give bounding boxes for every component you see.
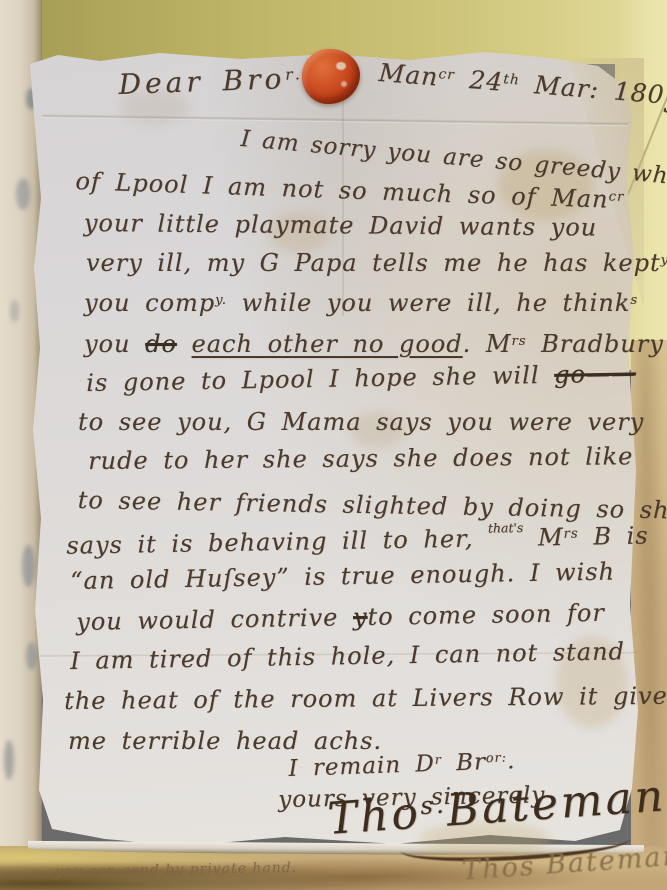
ink-smudge	[16, 178, 30, 210]
letter-text-segment: . M	[463, 330, 512, 358]
letter-text-segment: s.	[419, 790, 447, 820]
letter-text-segment: Bradbury	[527, 330, 664, 358]
letter-text-segment: Br	[441, 749, 486, 777]
letter-line: rude to her she says she does not like	[88, 442, 633, 475]
letter-line: your little playmate David wants you	[84, 209, 598, 241]
letter-text-segment: your little playmate David wants you	[84, 209, 598, 241]
wax-seal-fleck	[341, 81, 347, 87]
letter-text-segment: I remain D	[288, 751, 435, 782]
letter-text-segment: or:	[486, 749, 507, 765]
ink-smudge	[4, 740, 14, 780]
letter-text-segment: y	[353, 603, 368, 631]
letter-text-segment: rude to her she says she does not like	[88, 442, 633, 475]
letter-photograph: Dear Bror. Mancr 24th Mar: 1803 I am sor…	[0, 0, 667, 890]
letter-text-segment: each other no good	[192, 330, 463, 358]
letter-text-segment: while you were ill, he think	[227, 289, 630, 317]
letter-text-segment: th	[503, 71, 521, 88]
letter-line: you do each other no good. Mrs Bradbury	[84, 330, 664, 358]
letter-text-segment: to come soon for	[367, 599, 605, 631]
letter-line: very ill, my G Papa tells me he has kept…	[86, 249, 667, 277]
letter-text-segment: 24	[453, 64, 504, 97]
ink-smudge	[26, 642, 37, 670]
letter-text-segment: r.	[285, 65, 304, 84]
letter-text-segment: rs	[563, 527, 578, 542]
letter-text-segment: Tho	[326, 787, 423, 844]
letter-line: to see you, G Mama says you were very	[78, 408, 644, 436]
letter-text-segment: rs	[511, 334, 526, 349]
letter-text-segment: you would contrive	[76, 603, 353, 636]
letter-text-segment: me terrible head achs.	[68, 727, 382, 755]
letter-line: me terrible head achs.	[68, 727, 382, 755]
letter-text-segment: y	[661, 253, 667, 268]
letter-text-segment: B is	[578, 522, 648, 551]
letter-salutation: Dear Bror.	[118, 62, 304, 101]
letter-text-segment: you	[84, 330, 145, 358]
letter-text-segment: M	[523, 523, 564, 552]
letter-text-segment: cr	[438, 66, 455, 83]
ink-smudge	[10, 300, 19, 322]
letter-text-segment: do	[145, 330, 177, 358]
letter-line: the heat of the room at Livers Row it gi…	[64, 682, 667, 715]
wax-seal-fleck	[336, 62, 346, 70]
letter-text-segment: very ill, my G Papa tells me he has kept	[86, 249, 661, 277]
letter-text-segment: to see you, G Mama says you were very	[78, 408, 644, 436]
letter-text-segment	[177, 330, 192, 358]
letter-line: you compy. while you were ill, he thinks	[84, 289, 638, 317]
ink-smudge	[22, 545, 35, 587]
letter-text-segment: cr	[608, 189, 624, 205]
letter-text-segment: y.	[215, 293, 227, 308]
letter-text-segment: the heat of the room at Livers Row it gi…	[64, 682, 667, 715]
letter-text-segment: s	[630, 293, 638, 308]
letter-text-segment: Dear Bro	[118, 62, 286, 101]
letter-text-segment: you comp	[84, 289, 215, 317]
letter-text-segment: Man	[378, 58, 440, 92]
letter-text-segment: .	[507, 748, 516, 774]
letter-text-segment: that's	[488, 520, 524, 536]
letter-text-segment: go——	[554, 359, 636, 388]
